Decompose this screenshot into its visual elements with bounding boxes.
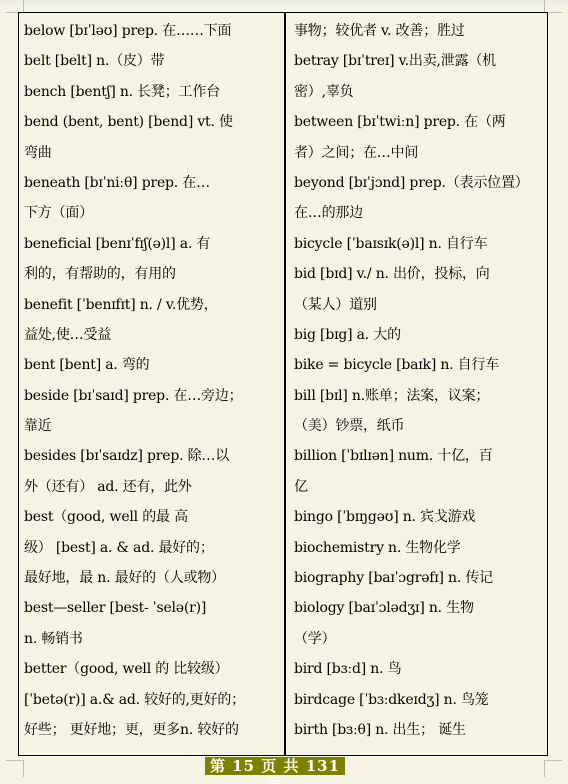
entry-line: 在…的那边 (294, 198, 549, 228)
crop-mark-top-left-h (6, 12, 18, 13)
entry-line: 利的，有帮助的，有用的 (24, 259, 282, 289)
entry-line: 最好地，最 n. 最好的（人或物） (24, 563, 282, 593)
entry-line: [ˈbetə(r)] a.& ad. 较好的,更好的； (24, 685, 282, 715)
entry-line: n. 畅销书 (24, 624, 282, 654)
entry-line: beneficial [benɪˈfɪʃ(ə)l] a. 有 (24, 229, 282, 259)
top-strip (0, 0, 568, 4)
entry-line: big [bɪg] a. 大的 (294, 320, 549, 350)
entry-line: bend (bent, bent) [bend] vt. 使 (24, 107, 282, 137)
entry-line: beside [bɪˈsaɪd] prep. 在…旁边； (24, 381, 282, 411)
entry-line: bicycle [ˈbaɪsɪk(ə)l] n. 自行车 (294, 229, 549, 259)
crop-mark-bottom-left-v (23, 760, 24, 777)
entry-line: bingo [ˈbɪŋgəʊ] n. 宾戈游戏 (294, 502, 549, 532)
entry-line: belt [belt] n.（皮）带 (24, 46, 282, 76)
crop-mark-top-left-v (23, 0, 24, 12)
entry-line: biochemistry n. 生物化学 (294, 533, 549, 563)
entry-line: 密）,辜负 (294, 77, 549, 107)
vocabulary-table: below [bɪˈləʊ] prep. 在……下面 belt [belt] n… (18, 12, 548, 756)
page-indicator: 第 15 页 共 131 页 (205, 757, 345, 775)
entry-line: billion [ˈbɪlɪən] num. 十亿，百 (294, 441, 549, 471)
entry-line: bid [bɪd] v./ n. 出价，投标，向 (294, 259, 549, 289)
entry-line: 靠近 (24, 411, 282, 441)
entry-line: 好些； 更好地；更，更多n. 较好的 (24, 715, 282, 745)
entry-line: best（good, well 的最 高 (24, 502, 282, 532)
entry-line: （美）钞票，纸币 (294, 411, 549, 441)
entry-line: better（good, well 的 比较级） (24, 654, 282, 684)
entry-line: between [bɪˈtwiːn] prep. 在（两 (294, 107, 549, 137)
crop-mark-top-right-v (544, 0, 545, 12)
column-divider (284, 13, 286, 755)
entry-line: benefit [ˈbenɪfɪt] n. / v.优势， (24, 290, 282, 320)
entry-line: bird [bɜːd] n. 鸟 (294, 654, 549, 684)
entry-line: biology [baɪˈɔlədʒɪ] n. 生物 (294, 593, 549, 623)
crop-mark-bottom-left-h (6, 760, 23, 761)
entry-line: birdcage [ˈbɜːdkeɪdʒ] n. 鸟笼 (294, 685, 549, 715)
entry-line: betray [bɪˈtreɪ] v.出卖,泄露（机 (294, 46, 549, 76)
entry-line: 者）之间；在…中间 (294, 138, 549, 168)
entry-line: beneath [bɪˈniːθ] prep. 在… (24, 168, 282, 198)
crop-mark-top-right-h (549, 12, 562, 13)
entry-line: 亿 (294, 472, 549, 502)
entry-line: biography [baɪˈɔgrəfɪ] n. 传记 (294, 563, 549, 593)
entry-line: 弯曲 (24, 138, 282, 168)
entry-line: best—seller [best- ˈselə(r)] (24, 593, 282, 623)
entry-line: （学） (294, 624, 549, 654)
entry-line: 事物；较优者 v. 改善；胜过 (294, 16, 549, 46)
entry-line: （某人）道别 (294, 290, 549, 320)
crop-mark-bottom-right-v (544, 760, 545, 777)
entry-line: besides [bɪˈsaɪdz] prep. 除…以 (24, 441, 282, 471)
entry-line: below [bɪˈləʊ] prep. 在……下面 (24, 16, 282, 46)
entry-line: bike = bicycle [baɪk] n. 自行车 (294, 350, 549, 380)
entry-line: bent [bent] a. 弯的 (24, 350, 282, 380)
right-column: 事物；较优者 v. 改善；胜过 betray [bɪˈtreɪ] v.出卖,泄露… (294, 16, 549, 745)
crop-mark-bottom-right-h (544, 760, 562, 761)
entry-line: 益处,使…受益 (24, 320, 282, 350)
entry-line: bench [bentʃ] n. 长凳；工作台 (24, 77, 282, 107)
entry-line: bill [bɪl] n.账单；法案，议案； (294, 381, 549, 411)
entry-line: 级） [best] a. & ad. 最好的； (24, 533, 282, 563)
entry-line: birth [bɜːθ] n. 出生； 诞生 (294, 715, 549, 745)
entry-line: 下方（面） (24, 198, 282, 228)
entry-line: 外（还有） ad. 还有，此外 (24, 472, 282, 502)
left-column: below [bɪˈləʊ] prep. 在……下面 belt [belt] n… (24, 16, 282, 745)
entry-line: beyond [bɪˈjɔnd] prep.（表示位置） (294, 168, 549, 198)
